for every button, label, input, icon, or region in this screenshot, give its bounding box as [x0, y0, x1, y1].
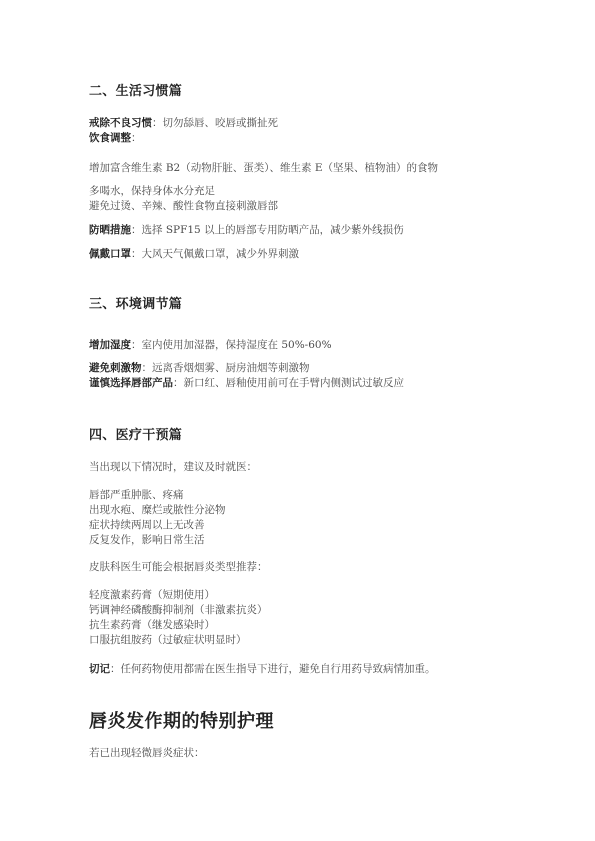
treatment-item: 口服抗组胺药（过敏症状明显时） — [89, 632, 247, 648]
item-label: 避免刺激物 — [89, 362, 142, 374]
item-lip-products: 谨慎选择唇部产品：新口红、唇釉使用前可在手臂内侧测试过敏反应 — [89, 375, 404, 391]
treatment-item: 抗生素药膏（继发感染时） — [89, 617, 215, 633]
item-text: 切勿舔唇、咬唇或撕扯死 — [163, 117, 279, 129]
diet-line: 避免过烫、辛辣、酸性食物直接刺激唇部 — [89, 198, 278, 214]
item-text: 远离香烟烟雾、厨房油烟等刺激物 — [152, 362, 310, 374]
item-diet: 饮食调整： — [89, 130, 142, 146]
item-bad-habits: 戒除不良习惯：切勿舔唇、咬唇或撕扯死 — [89, 115, 278, 131]
item-label: 佩戴口罩 — [89, 248, 131, 260]
medical-intro: 当出现以下情况时，建议及时就医： — [89, 459, 257, 475]
item-label: 增加湿度 — [89, 339, 131, 351]
section-heading-lifestyle: 二、生活习惯篇 — [89, 80, 182, 99]
section-heading-flareup-care: 唇炎发作期的特别护理 — [89, 707, 274, 733]
document-page: 二、生活习惯篇 戒除不良习惯：切勿舔唇、咬唇或撕扯死 饮食调整： 增加富含维生素… — [0, 0, 595, 841]
item-humidity: 增加湿度：室内使用加湿器，保持湿度在 50%-60% — [89, 337, 332, 353]
section-heading-medical: 四、医疗干预篇 — [89, 424, 182, 443]
item-label: 防晒措施 — [89, 224, 131, 236]
condition-item: 症状持续两周以上无改善 — [89, 517, 205, 533]
item-text: 大风天气佩戴口罩，减少外界刺激 — [142, 248, 300, 260]
item-avoid-irritants: 避免刺激物：远离香烟烟雾、厨房油烟等刺激物 — [89, 360, 310, 376]
item-text: 室内使用加湿器，保持湿度在 50%-60% — [142, 339, 332, 351]
treatment-item: 钙调神经磷酸酶抑制剂（非激素抗炎） — [89, 602, 268, 618]
doctor-intro: 皮肤科医生可能会根据唇炎类型推荐： — [89, 559, 268, 575]
warning-text: 任何药物使用都需在医生指导下进行，避免自行用药导致病情加重。 — [121, 663, 436, 675]
diet-line: 多喝水，保持身体水分充足 — [89, 183, 215, 199]
condition-item: 唇部严重肿胀、疼痛 — [89, 487, 184, 503]
condition-item: 反复发作，影响日常生活 — [89, 532, 205, 548]
section-heading-environment: 三、环境调节篇 — [89, 293, 182, 312]
warning-label: 切记 — [89, 663, 110, 675]
item-label: 戒除不良习惯 — [89, 117, 152, 129]
item-sun-protection: 防晒措施：选择 SPF15 以上的唇部专用防晒产品，减少紫外线损伤 — [89, 222, 404, 238]
item-text: 新口红、唇釉使用前可在手臂内侧测试过敏反应 — [184, 377, 405, 389]
warning-note: 切记：任何药物使用都需在医生指导下进行，避免自行用药导致病情加重。 — [89, 661, 436, 677]
diet-line: 增加富含维生素 B2（动物肝脏、蛋类）、维生素 E（坚果、植物油）的食物 — [89, 160, 438, 176]
treatment-item: 轻度激素药膏（短期使用） — [89, 587, 215, 603]
item-mask: 佩戴口罩：大风天气佩戴口罩，减少外界刺激 — [89, 246, 299, 262]
item-label: 谨慎选择唇部产品 — [89, 377, 173, 389]
item-label: 饮食调整 — [89, 132, 131, 144]
item-text: 选择 SPF15 以上的唇部专用防晒产品，减少紫外线损伤 — [142, 224, 404, 236]
flareup-intro: 若已出现轻微唇炎症状： — [89, 745, 205, 761]
condition-item: 出现水疱、糜烂或脓性分泌物 — [89, 502, 226, 518]
